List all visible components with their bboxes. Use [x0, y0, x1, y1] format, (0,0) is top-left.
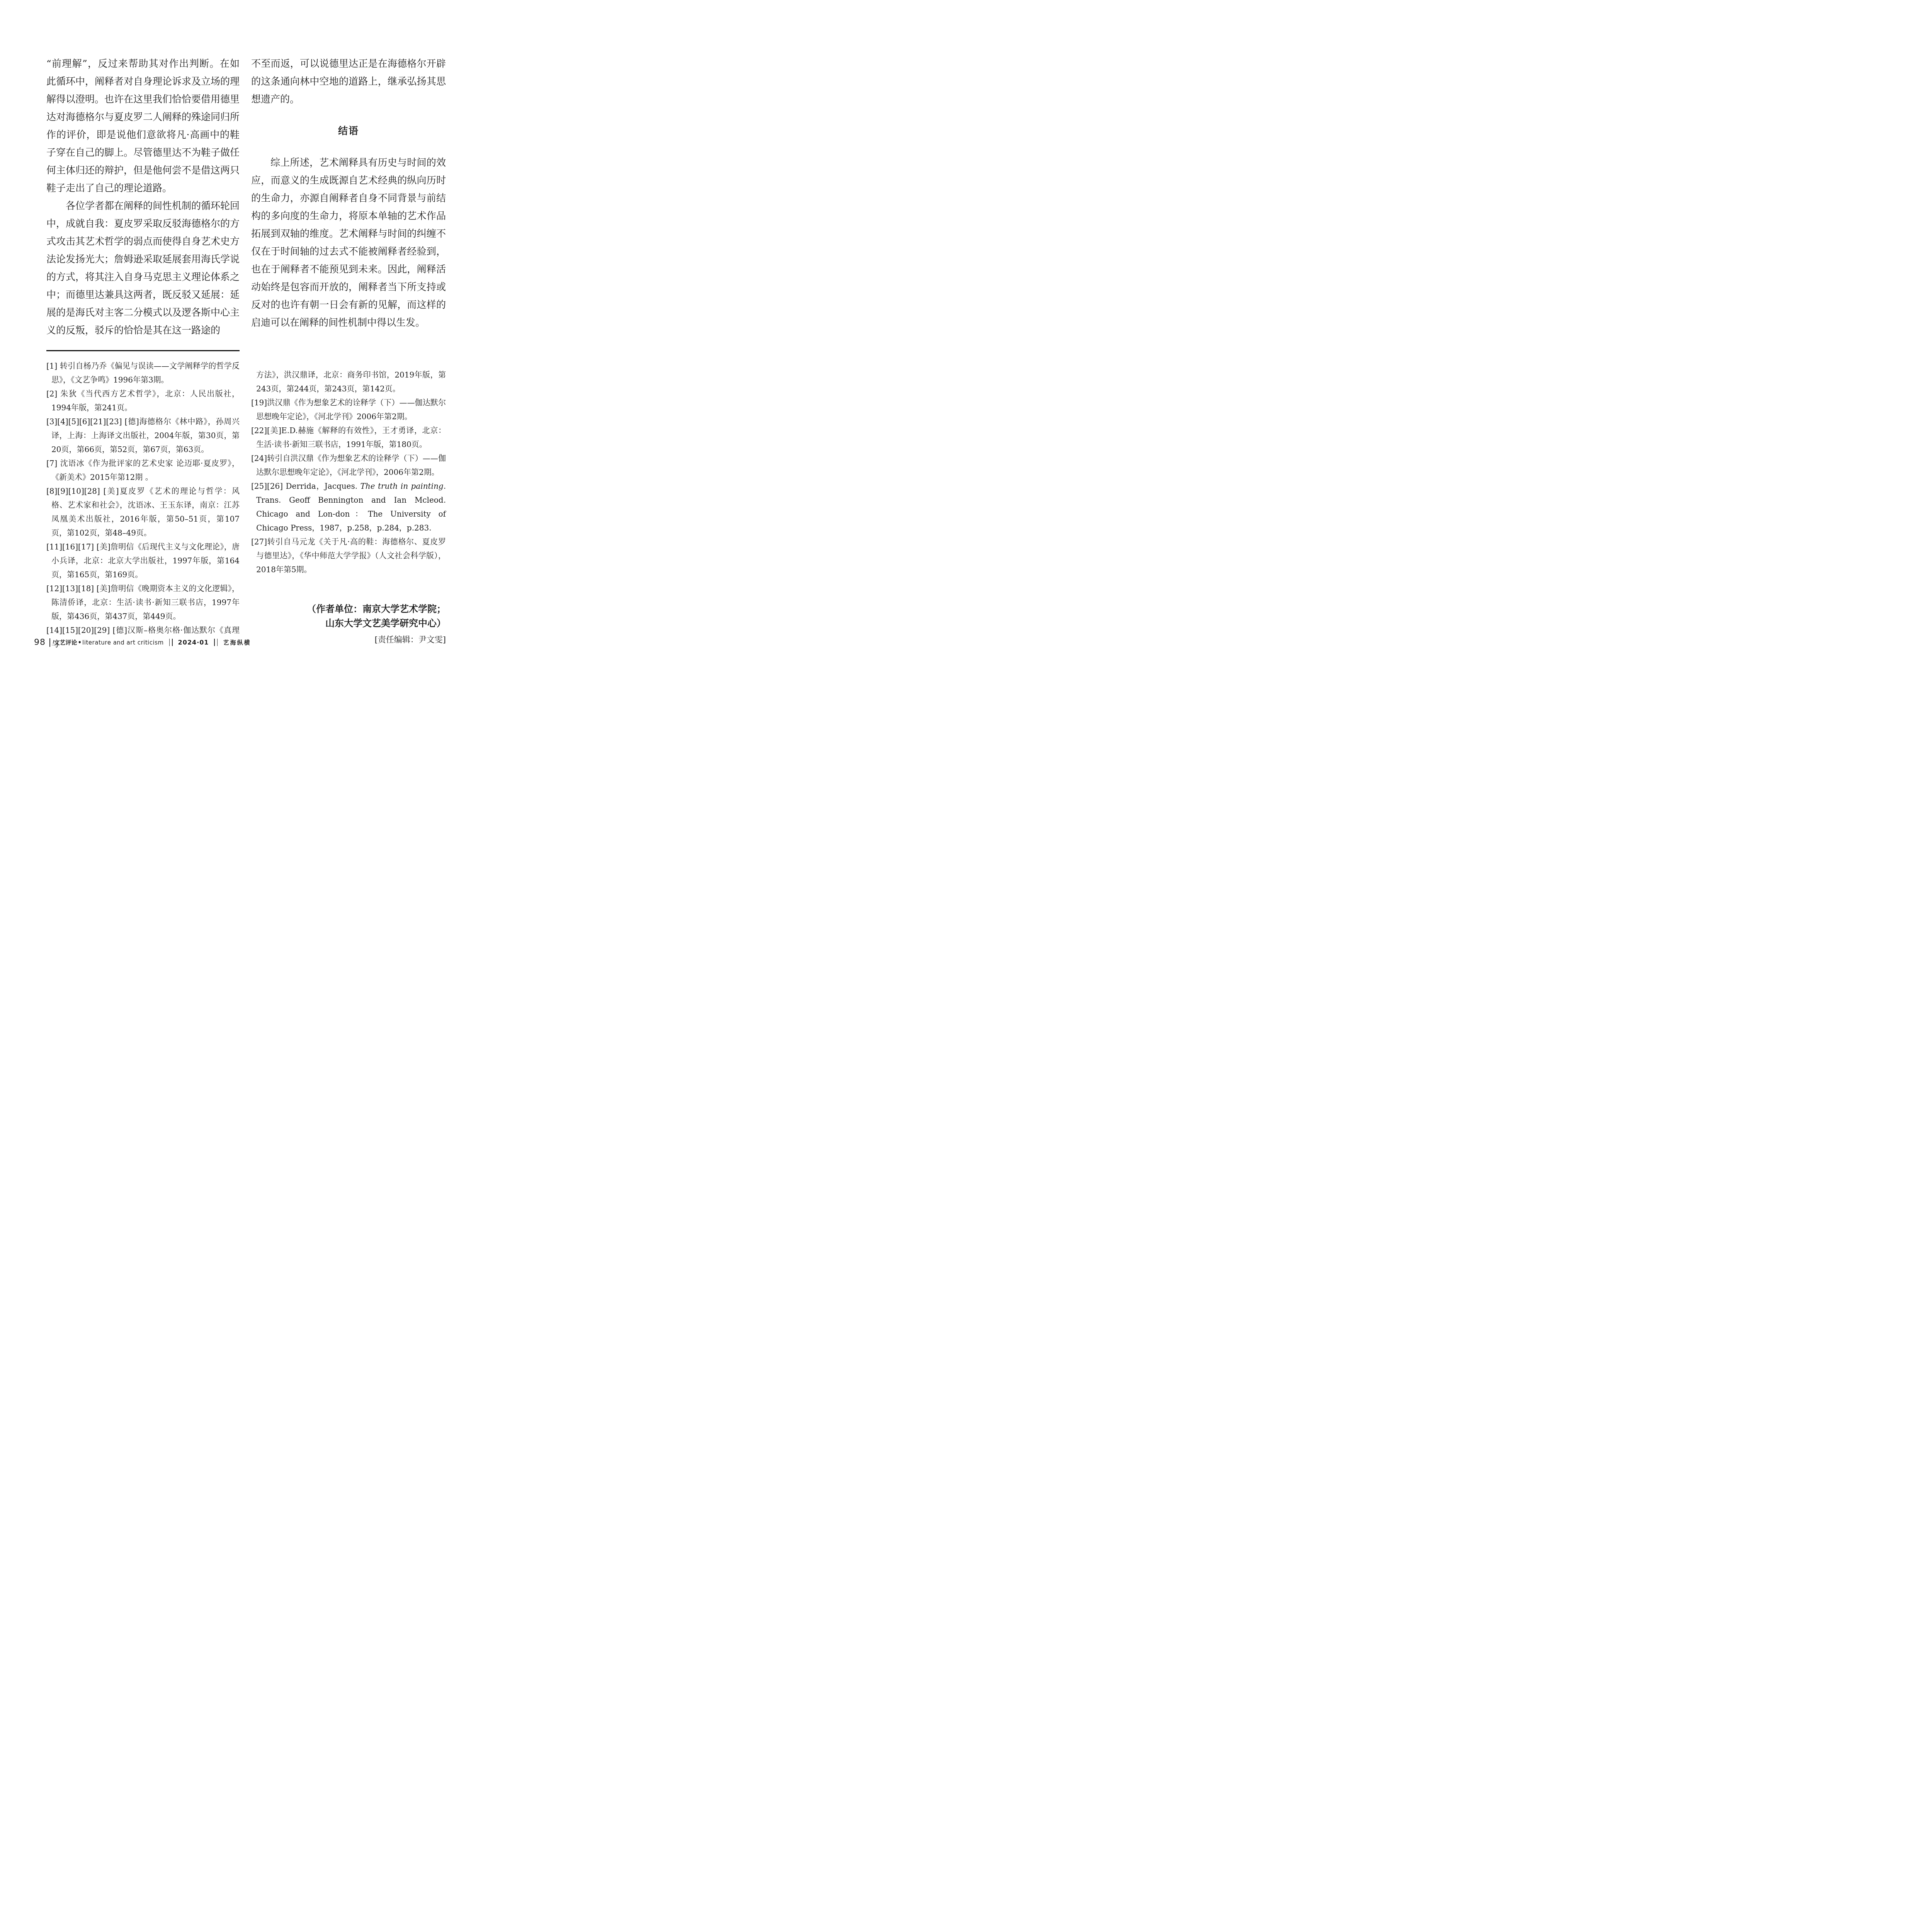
footnote-entry: [7] 沈语冰《作为批评家的艺术史家 论迈耶·夏皮罗》，《新美术》2015年第1…: [46, 456, 240, 484]
footnote-marker: [22]: [251, 426, 267, 435]
footnote-entry: [8][9][10][28] [美]夏皮罗《艺术的理论与哲学：风格、艺术家和社会…: [46, 484, 240, 540]
left-column: “前理解”，反过来帮助其对作出判断。在如此循环中，阐释者对自身理论诉求及立场的理…: [46, 55, 240, 651]
author-affiliation-line: 山东大学文艺美学研究中心）: [251, 616, 446, 631]
right-main-text: 不至而返，可以说德里达正是在海德格尔开辟的这条通向林中空地的道路上，继承弘扬其思…: [251, 55, 446, 360]
footnote-marker: [1]: [46, 361, 57, 371]
footnote-entry: [1] 转引自杨乃乔《偏见与误读——文学阐释学的哲学反思》，《文艺争鸣》1996…: [46, 359, 240, 387]
page-number: 98: [34, 638, 46, 647]
footnote-marker: [7]: [46, 459, 57, 468]
journal-page: “前理解”，反过来帮助其对作出判断。在如此循环中，阐释者对自身理论诉求及立场的理…: [0, 0, 488, 680]
footnote-separator-rule: [46, 350, 240, 351]
section-name: 艺海纵横: [223, 638, 251, 646]
footnote-marker: [19]: [251, 398, 267, 407]
body-paragraph: “前理解”，反过来帮助其对作出判断。在如此循环中，阐释者对自身理论诉求及立场的理…: [46, 55, 240, 197]
footnote-entry: [12][13][18] [美]詹明信《晚期资本主义的文化逻辑》，陈清侨译，北京…: [46, 582, 240, 623]
journal-name-en: literature and art criticism: [82, 639, 164, 646]
footnote-entry: [19]洪汉鼎《作为想象艺术的诠释学（下）——伽达默尔思想晚年定论》，《河北学刊…: [251, 396, 446, 423]
vertical-divider: [217, 639, 218, 646]
body-paragraph: 综上所述，艺术阐释具有历史与时间的效应，而意义的生成既源自艺术经典的纵向历时的生…: [251, 154, 446, 332]
footnote-marker: [12][13][18]: [46, 584, 94, 593]
footnote-entry: [2] 朱狄《当代西方艺术哲学》，北京：人民出版社，1994年版，第241页。: [46, 387, 240, 415]
vertical-divider: [49, 638, 50, 647]
footnote-continuation: 方法》，洪汉鼎译，北京：商务印书馆，2019年版，第243页，第244页，第24…: [251, 368, 446, 396]
footnote-entry: [27]转引自马元龙《关于凡·高的鞋：海德格尔、夏皮罗与德里达》，《华中师范大学…: [251, 535, 446, 577]
footnote-marker: [24]: [251, 454, 267, 463]
section-heading-conclusion: 结语: [251, 122, 446, 140]
right-column: 不至而返，可以说德里达正是在海德格尔开辟的这条通向林中空地的道路上，继承弘扬其思…: [251, 55, 446, 646]
footnote-marker: [27]: [251, 537, 267, 546]
body-paragraph: 不至而返，可以说德里达正是在海德格尔开辟的这条通向林中空地的道路上，继承弘扬其思…: [251, 55, 446, 108]
vertical-divider: [214, 639, 215, 646]
journal-name-cn: 文艺评论: [54, 638, 77, 646]
footnote-entry: [22][美]E.D.赫施《解释的有效性》，王才勇译，北京：生活·读书·新知三联…: [251, 423, 446, 451]
vertical-divider: [172, 639, 173, 646]
issue-number: 2024·01: [178, 639, 209, 646]
vertical-divider: [169, 639, 170, 646]
body-paragraph: 各位学者都在阐释的间性机制的循环轮回中，成就自我：夏皮罗采取反驳海德格尔的方式攻…: [46, 197, 240, 339]
footnote-marker: [2]: [46, 389, 57, 398]
footnotes-left: [1] 转引自杨乃乔《偏见与误读——文学阐释学的哲学反思》，《文艺争鸣》1996…: [46, 359, 240, 651]
footnotes-right: 方法》，洪汉鼎译，北京：商务印书馆，2019年版，第243页，第244页，第24…: [251, 368, 446, 590]
left-main-text: “前理解”，反过来帮助其对作出判断。在如此循环中，阐释者对自身理论诉求及立场的理…: [46, 55, 240, 339]
footnote-marker: [14][15][20][29]: [46, 626, 110, 635]
footnote-marker: [25][26]: [251, 481, 283, 491]
bullet-separator: •: [78, 639, 82, 646]
page-footer: 98 文艺评论 • literature and art criticism 2…: [34, 638, 251, 647]
footnote-entry: [11][16][17] [美]詹明信《后现代主义与文化理论》，唐小兵译，北京：…: [46, 540, 240, 582]
footnote-marker: [11][16][17]: [46, 542, 94, 551]
footnote-marker: [3][4][5][6][21][23]: [46, 417, 122, 426]
author-affiliation-block: （作者单位：南京大学艺术学院； 山东大学文艺美学研究中心） [责任编辑：尹文雯]: [251, 602, 446, 646]
author-affiliation-line: （作者单位：南京大学艺术学院；: [251, 602, 446, 616]
footnote-entry: [24]转引自洪汉鼎《作为想象艺术的诠释学（下）——伽达默尔思想晚年定论》，《河…: [251, 451, 446, 479]
footnote-entry: [25][26] Derrida，Jacques. The truth in p…: [251, 479, 446, 535]
footnote-entry: [3][4][5][6][21][23] [德]海德格尔《林中路》，孙周兴译，上…: [46, 415, 240, 456]
book-title-italic: The truth in painting: [361, 481, 444, 491]
footnote-marker: [8][9][10][28]: [46, 486, 100, 496]
responsible-editor: [责任编辑：尹文雯]: [251, 633, 446, 646]
